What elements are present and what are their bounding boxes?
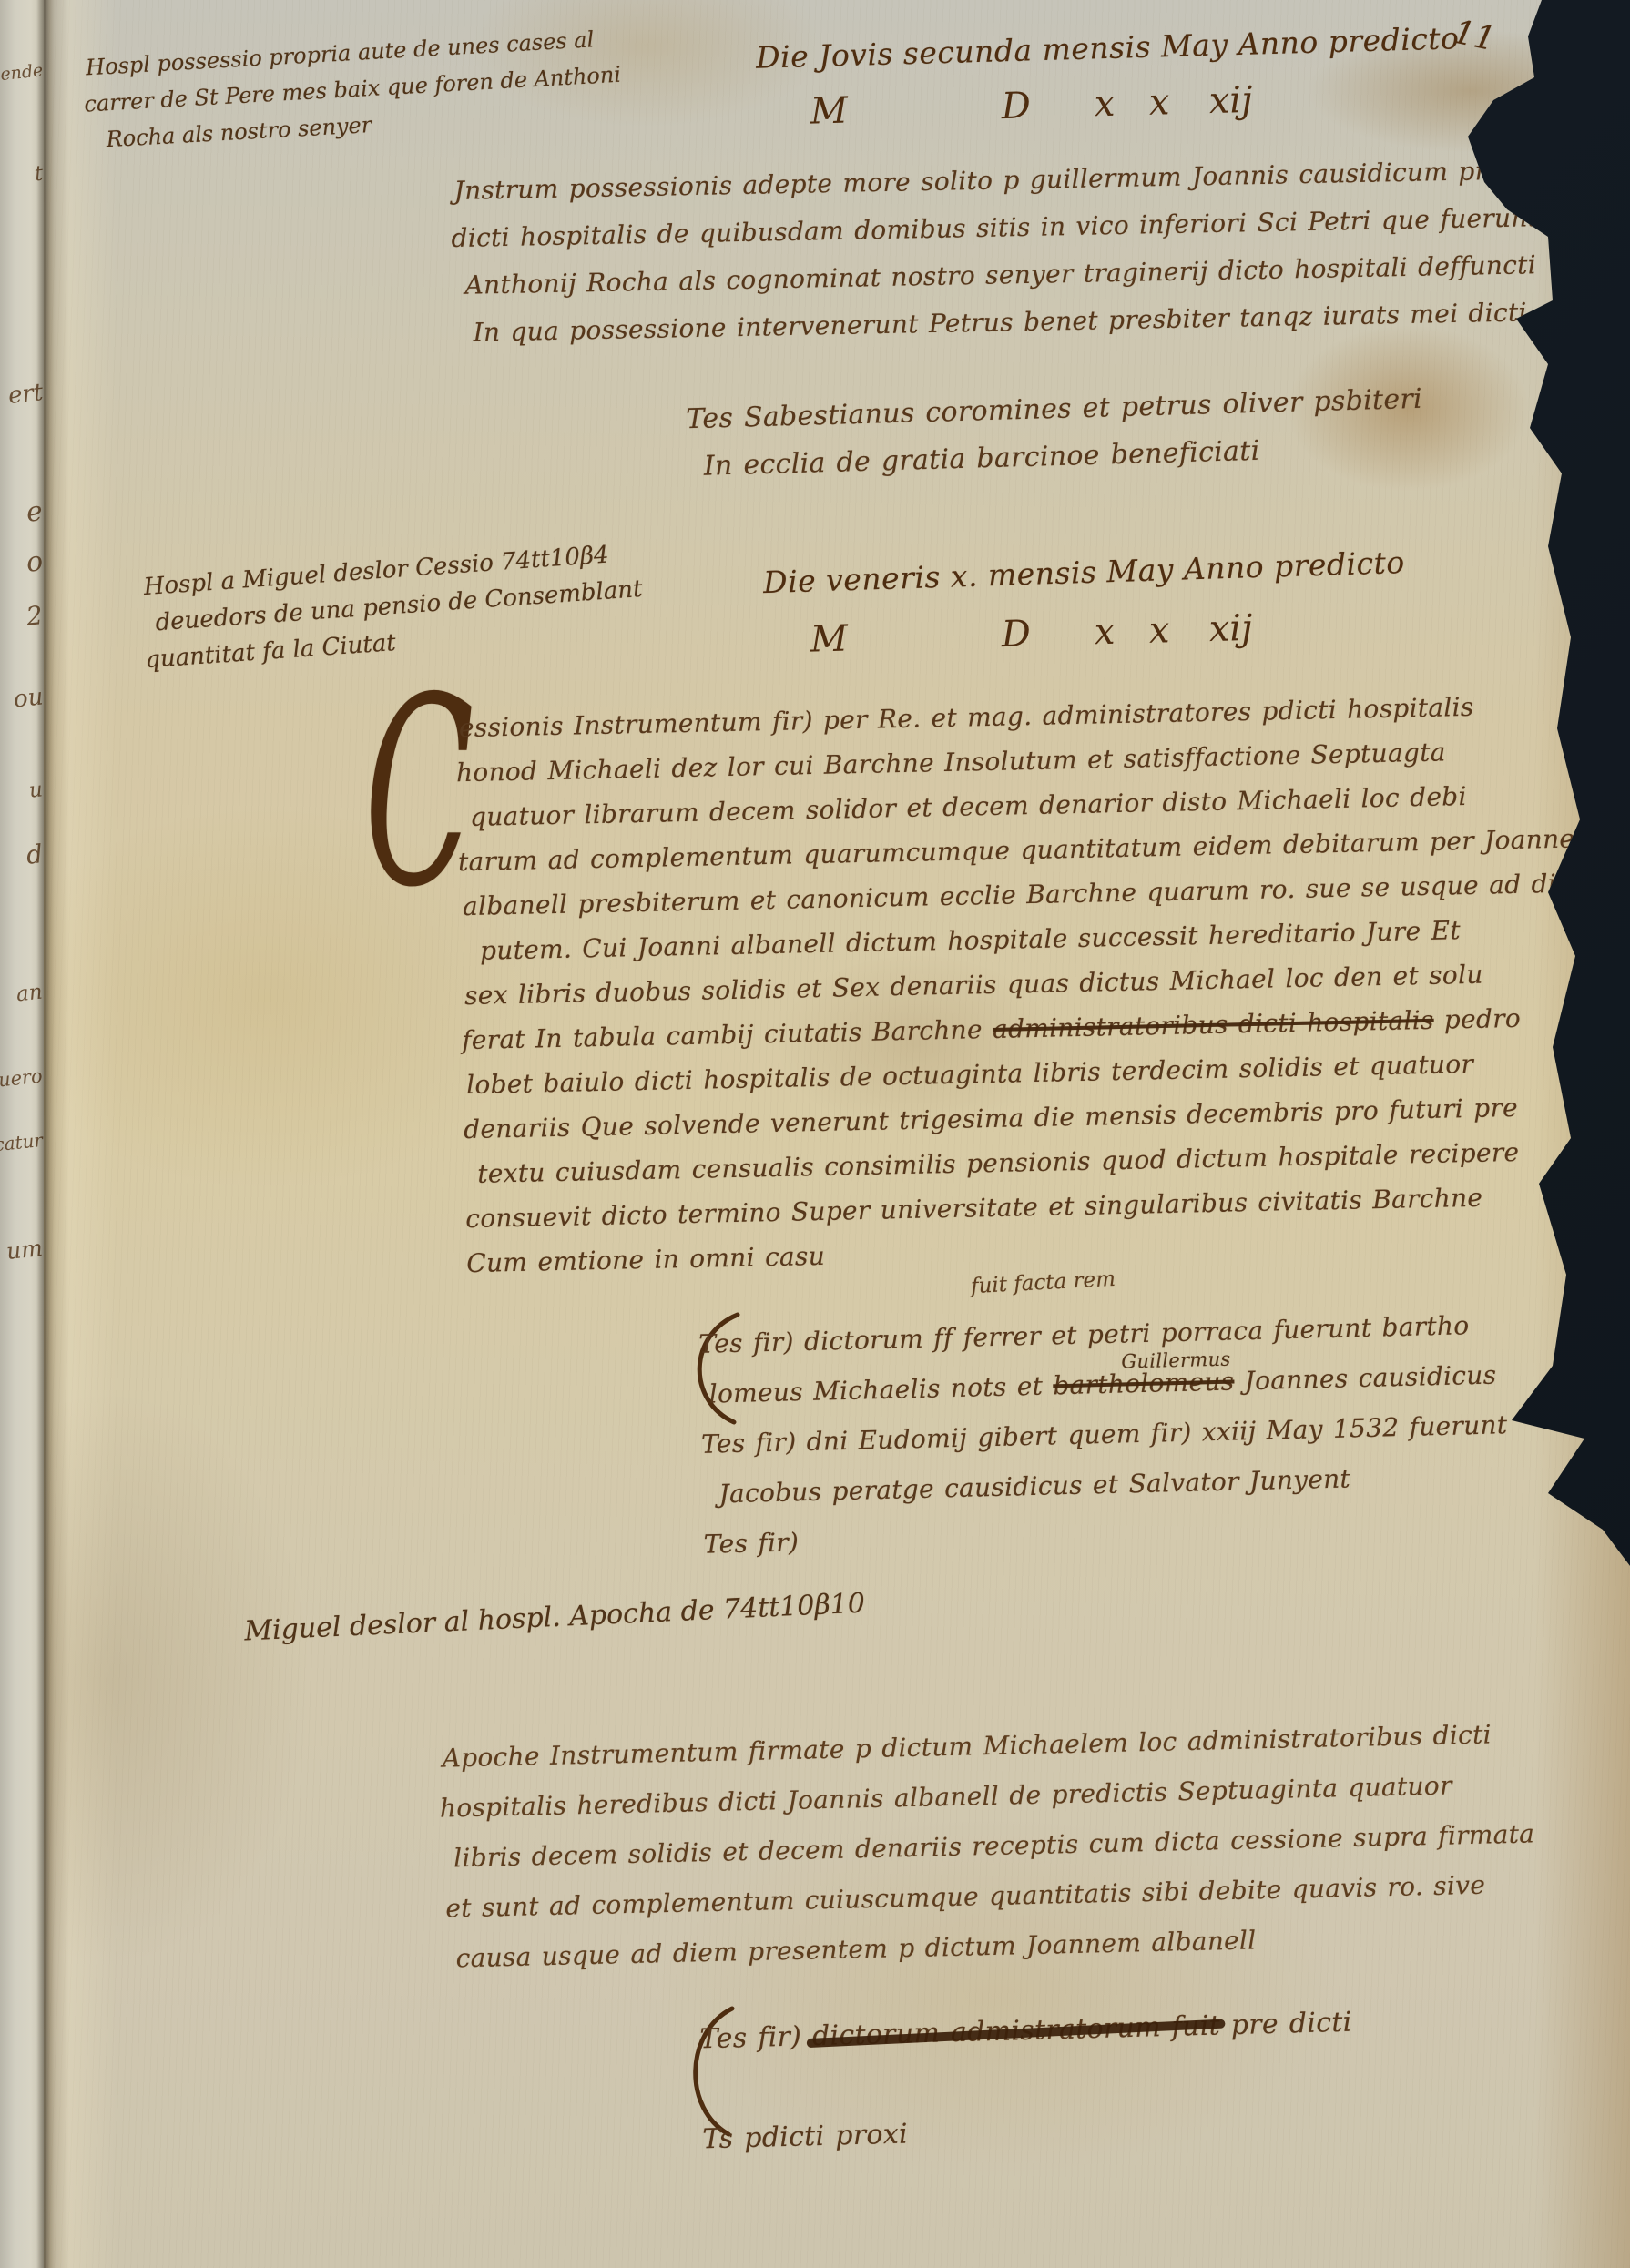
roman-numeral: x [1148,81,1170,124]
binding-crease [36,0,55,2268]
roman-numeral: x [1094,83,1116,126]
line-segment: Tes fir) [699,2020,801,2055]
line-segment: lomeus Michaelis nots et [708,1371,1043,1409]
struck-text: administratoribus dicti hospitalis [993,1005,1434,1044]
roman-numeral: M [810,618,848,661]
manuscript-page: 11 Hospl possessio propria aute de unes … [44,0,1630,2268]
entry1-body: Jnstrum possessionis adepte more solito … [453,146,1594,357]
entry2-body: essionis Instrumentum fir) per Re. et ma… [458,682,1607,1286]
line-segment: pedro [1443,1003,1521,1035]
entry3-closing: Tes fir) dictorum admistratorum fuit pre… [699,1999,1355,2164]
interlined-text: Guillermus [1121,1335,1231,1388]
roman-numeral: xij [1208,79,1253,122]
line-segment: ferat In tabula cambij ciutatis Barchne [462,1014,983,1055]
margin-note-3: Miguel deslor al hospl. Apocha de 74tt10… [244,1591,866,1646]
line-segment: pre dicti [1230,2007,1352,2041]
entry1-date-heading: Die Jovis secunda mensis May Anno predic… [756,23,1460,73]
roman-numeral: D [1001,613,1031,656]
entry2-date-heading: Die veneris x. mensis May Anno predicto [763,547,1406,597]
cancelled-closing-line: Tes fir) dictorum admistratorum fuit pre… [699,1999,1352,2064]
entry2-year-numerals: M D x x xij [755,604,1393,675]
roman-numeral: M [810,90,848,133]
heavily-struck-text: dictorum admistratorum fuit [811,2002,1220,2060]
side-note: fuit facta rem [971,1269,1116,1297]
closing-line: Ts pdicti proxi [702,2100,1355,2164]
entry1-witnesses: Tes Sabestianus coromines et petrus oliv… [686,376,1424,492]
roman-numeral: x [1094,611,1116,654]
line-segment: Joannes causidicus [1244,1359,1497,1396]
roman-numeral: D [1001,85,1031,127]
margin-note-1: Hospl possessio propria aute de unes cas… [85,20,624,159]
entry2-witness-block: Tes fir) dictorum ff ferrer et petri por… [698,1299,1511,1570]
manuscript-scan: ngende t ert e o 2 ou u d an uero icatur… [0,0,1630,2268]
roman-numeral: xij [1208,607,1253,650]
entry1-year-numerals: M D x x xij [755,76,1393,147]
corrected-word: bartholomeus Guillermus [1053,1357,1235,1411]
entry3-body: Apoche Instrumentum firmate p dictum Mic… [442,1708,1537,1983]
roman-numeral: x [1148,609,1170,652]
